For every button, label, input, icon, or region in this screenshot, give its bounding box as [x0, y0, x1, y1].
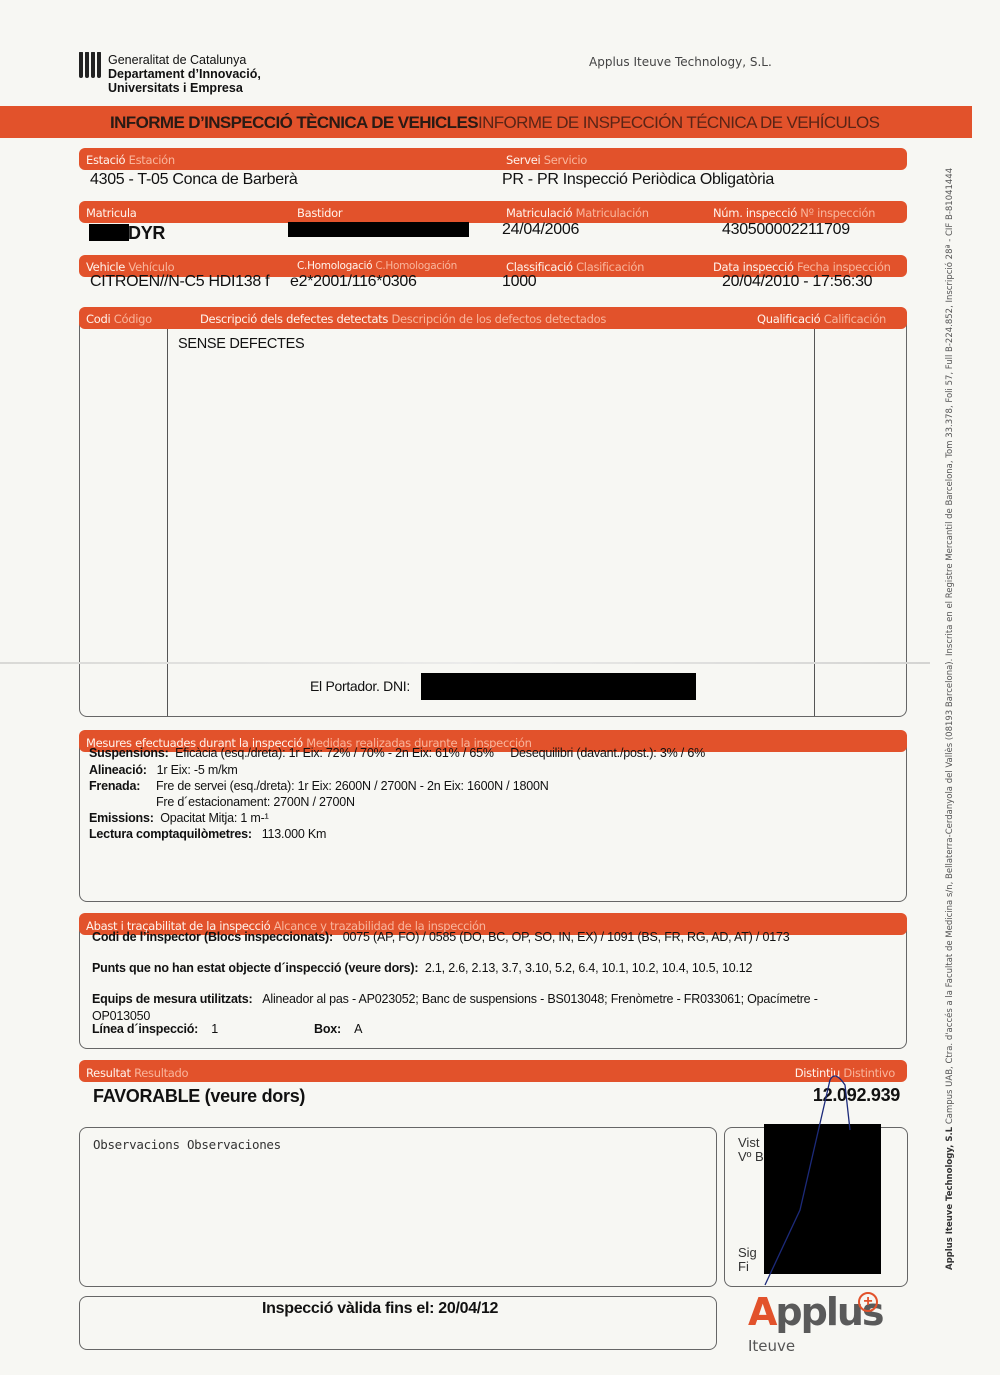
qualification-column-header: Qualificació Calificación [757, 312, 886, 326]
document-title: INFORME D’INSPECCIÓ TÈCNICA DE VEHICLESI… [110, 113, 879, 133]
scope-box: Box: A [314, 1021, 362, 1037]
plate-value: DYR [128, 223, 165, 244]
code-column-header: Codi Código [86, 312, 152, 326]
chassis-redaction [288, 222, 469, 237]
inspection-date-label: Data inspecció Fecha inspección [713, 260, 891, 274]
validity-text: Inspecció vàlida fins el: 20/04/12 [262, 1300, 498, 1318]
gov-line-3: Universitats i Empresa [108, 81, 261, 95]
scope-equipment: Equips de mesura utilitzats: Alineador a… [92, 991, 818, 1007]
measure-suspension: Suspensions: Eficàcia (esq./dreta): 1r E… [89, 745, 705, 761]
scope-inspection-line: Línea d´inspecció: 1 [92, 1021, 218, 1037]
vehicle-id-bar: Matricula Bastidor Matriculació Matricul… [79, 201, 907, 223]
defects-table [79, 307, 907, 717]
observations-panel: Observacions Observaciones [79, 1127, 717, 1287]
vehicle-value: CITROEN//N-C5 HDI138 f [90, 273, 269, 291]
classification-label: Classificació Clasificación [506, 260, 644, 274]
inspection-number-label: Núm. inspecció Nº inspección [713, 206, 875, 220]
station-value: 4305 - T-05 Conca de Barberà [90, 171, 297, 189]
defect-entry: SENSE DEFECTES [178, 336, 304, 352]
result-label: Resultat Resultado [86, 1066, 188, 1080]
government-header: Generalitat de Catalunya Departament d’I… [108, 53, 261, 95]
result-value: FAVORABLE (veure dors) [93, 1086, 305, 1107]
service-label: Servei Servicio [506, 153, 587, 167]
plus-circle-icon: + [858, 1292, 878, 1312]
station-service-bar: Estació Estación Servei Servicio [79, 148, 907, 170]
measure-braking: Frenada: [89, 778, 140, 794]
company-name: Applus Iteuve Technology, S.L. [589, 55, 772, 69]
vehicle-label: Vehicle Vehículo [86, 260, 174, 274]
inspection-date-value: 20/04/2010 - 17:56:30 [722, 273, 872, 291]
registration-value: 24/04/2006 [502, 221, 579, 239]
registration-label: Matriculació Matriculación [506, 206, 649, 220]
inspection-number-value: 430500002211709 [722, 221, 850, 239]
station-label: Estació Estación [86, 153, 175, 167]
generalitat-logo-icon [79, 52, 101, 78]
scope-uninspected-points: Punts que no han estat objecte d´inspecc… [92, 960, 752, 976]
title-spanish: INFORME DE INSPECCIÓN TÉCNICA DE VEHÍCUL… [478, 113, 879, 132]
service-value: PR - PR Inspecció Periòdica Obligatòria [502, 171, 774, 189]
homologation-label: C.Homologació C.Homologación [297, 260, 457, 272]
paper-fold [0, 662, 930, 664]
column-divider [814, 329, 815, 716]
measure-emissions: Emissions: Opacitat Mitja: 1 m-¹ [89, 810, 269, 826]
plate-label: Matricula [86, 206, 137, 220]
brand-subtitle: Iteuve [748, 1337, 795, 1355]
description-column-header: Descripció dels defectes detectats Descr… [200, 312, 606, 326]
signature-stroke-icon [740, 1060, 880, 1290]
gov-line-1: Generalitat de Catalunya [108, 53, 261, 67]
classification-value: 1000 [502, 273, 536, 291]
bearer-dni-label: El Portador. DNI: [310, 678, 410, 694]
chassis-label: Bastidor [297, 206, 342, 220]
measure-braking-parking: Fre d´estacionament: 2700N / 2700N [156, 794, 355, 810]
observations-label: Observacions Observaciones [93, 1137, 281, 1152]
dni-redaction [421, 673, 696, 700]
column-divider [167, 329, 168, 716]
document-title-band: INFORME D’INSPECCIÓ TÈCNICA DE VEHICLESI… [0, 106, 972, 138]
scope-inspector-codes: Codi de l’inspector (Blocs inspeccionats… [92, 929, 789, 945]
title-catalan: INFORME D’INSPECCIÓ TÈCNICA DE VEHICLES [110, 113, 478, 132]
plate-redaction [89, 224, 129, 241]
homologation-value: e2*2001/116*0306 [290, 273, 417, 291]
legal-registry-text: Applus Iteuve Technology, S.L Campus UAB… [945, 168, 955, 1270]
measure-alignment: Alineació: 1r Eix: -5 m/km [89, 762, 238, 778]
measure-odometer: Lectura comptaquilòmetres: 113.000 Km [89, 826, 326, 842]
measure-braking-service: Fre de servei (esq./dreta): 1r Eix: 2600… [156, 778, 549, 794]
defects-header-bar: Codi Código Descripció dels defectes det… [79, 307, 907, 329]
gov-line-2: Departament d’Innovació, [108, 67, 261, 81]
